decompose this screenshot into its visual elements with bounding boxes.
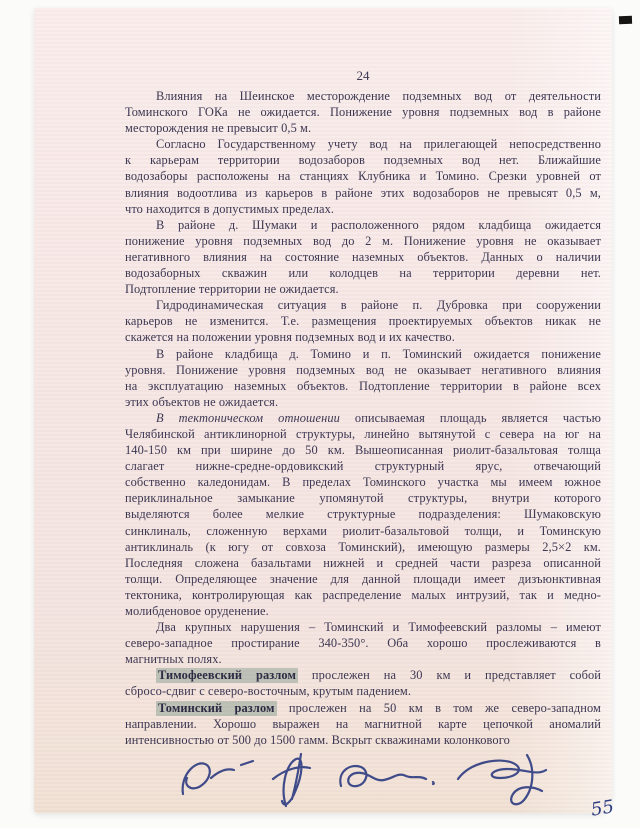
- text-line: Два крупных нарушения – Томинский и Тимо…: [125, 619, 601, 635]
- handwritten-page-number: 55: [589, 796, 615, 820]
- text-line: Согласно Государственному учету вод на п…: [125, 136, 601, 152]
- text-block: Влияния на Шеинское месторождение подзем…: [125, 88, 601, 748]
- page-number: 24: [125, 68, 601, 84]
- text-line: карьеров не изменится. Т.е. размещения п…: [125, 313, 601, 329]
- text-line: Челябинской антиклинорной структуры, лин…: [125, 426, 601, 442]
- text-line: синклиналь, сложенную верхами риолит-баз…: [125, 523, 601, 539]
- text-line: направлении. Хорошо выражен на магнитной…: [125, 716, 601, 732]
- paragraph-lead-bold-highlight: Тимофеевский разлом: [156, 668, 298, 683]
- text-line: В районе кладбища д. Томино и п. Томинск…: [125, 346, 601, 362]
- text-line: 140-150 км при ширине до 50 км. Вышеопис…: [125, 442, 601, 458]
- signature-2: [273, 754, 310, 806]
- text-line: собственно каледонидам. В пределах Томин…: [125, 474, 601, 490]
- paragraph-lead-italic: В тектоническом отношении: [156, 411, 340, 425]
- signature-3: [340, 766, 433, 786]
- text-line: Томинского ГОКа не ожидается. Понижение …: [125, 104, 601, 120]
- text-line: влияния водоотлива из карьеров в районе …: [125, 185, 601, 201]
- scanned-page: 24 Влияния на Шеинское месторождение под…: [34, 8, 612, 813]
- text-line: к карьерам территории водозаборов подзем…: [125, 152, 601, 168]
- text-line: Гидродинамическая ситуация в районе п. Д…: [125, 297, 601, 313]
- text-line: на эксплуатацию наземных объектов. Подто…: [125, 378, 601, 394]
- text-line: интенсивностью от 500 до 1500 гамм. Вскр…: [125, 732, 601, 748]
- text-line: Томинский разлом прослежен на 50 км в то…: [125, 700, 601, 716]
- text-line: В районе д. Шумаки и расположенного рядо…: [125, 217, 601, 233]
- signature-1: [183, 761, 253, 794]
- text-line: молибденовое оруденение.: [125, 603, 601, 619]
- text-line: скажется на положении уровня подземных в…: [125, 329, 601, 345]
- text-line: выделяются более мелкие структурные подр…: [125, 506, 601, 522]
- text-line: негативного влияния на состояние наземны…: [125, 249, 601, 265]
- text-line: тектоника, контролирующая как распределе…: [125, 587, 601, 603]
- text-line: Влияния на Шеинское месторождение подзем…: [125, 88, 601, 104]
- text-line: В тектоническом отношении описываемая пл…: [125, 410, 601, 426]
- signature-4: [458, 755, 546, 804]
- scan-canvas: 24 Влияния на Шеинское месторождение под…: [0, 0, 640, 828]
- paragraph-lead-bold-highlight: Томинский разлом: [156, 701, 277, 716]
- text-line: месторождения не превысит 0,5 м.: [125, 120, 601, 136]
- text-line: Подтопление территории не ожидается.: [125, 281, 601, 297]
- scanner-artifact-mark: [619, 16, 632, 24]
- text-line: сбросо-сдвиг с северо-восточным, крутым …: [125, 683, 601, 699]
- text-line: уровня. Понижение уровня подземных вод н…: [125, 362, 601, 378]
- text-line: магнитных полях.: [125, 651, 601, 667]
- text-line: Последняя сложена базальтами нижней и ср…: [125, 555, 601, 571]
- text-line: северо-западное простирание 340-350°. Об…: [125, 635, 601, 651]
- text-line: периклинальное замыкание упомянутой стру…: [125, 490, 601, 506]
- text-line: что находится в допустимых пределах.: [125, 201, 601, 217]
- text-line: понижение уровня подземных вод до 2 м. П…: [125, 233, 601, 249]
- text-line: толщи. Определяющее значение для данной …: [125, 571, 601, 587]
- text-line: водозаборы расположены на станциях Клубн…: [125, 168, 601, 184]
- text-line: антиклиналь (к югу от совхоза Томинский)…: [125, 539, 601, 555]
- text-line: слагает нижне-средне-ордовикский структу…: [125, 458, 601, 474]
- text-line: этих объектов не ожидается.: [125, 394, 601, 410]
- handwritten-signatures: [169, 752, 569, 814]
- text-line: Тимофеевский разлом прослежен на 30 км и…: [125, 667, 601, 683]
- text-line: водозаборных скважин или колодцев на тер…: [125, 265, 601, 281]
